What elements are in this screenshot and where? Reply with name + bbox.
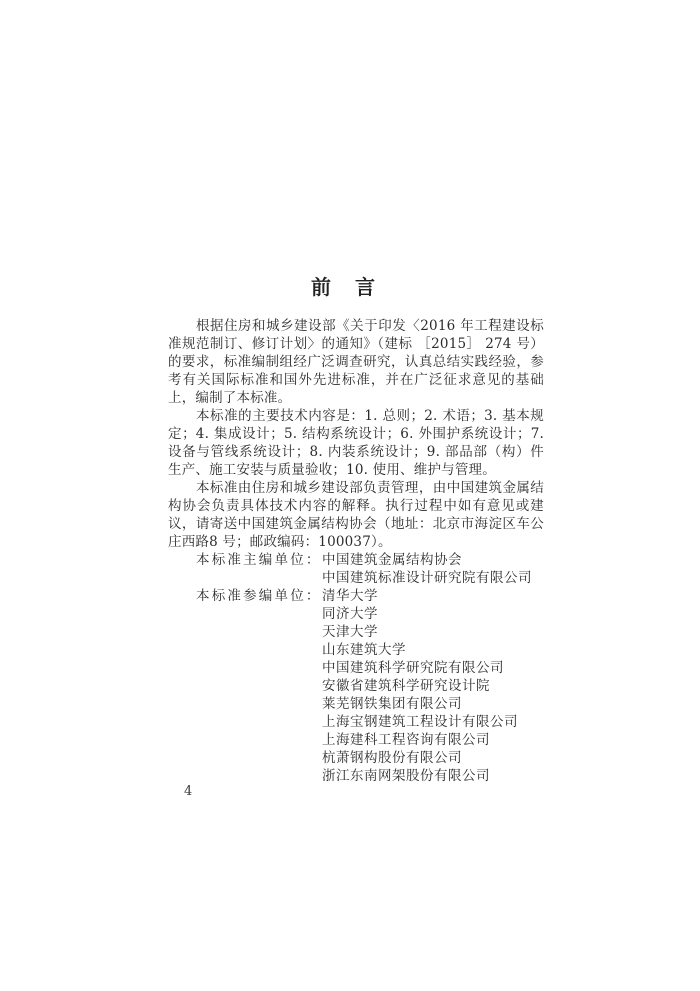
participating-unit: 清华大学 (322, 587, 544, 605)
participating-unit: 杭萧钢构股份有限公司 (322, 749, 544, 767)
chief-editor-units: 中国建筑金属结构协会中国建筑标准设计研究院有限公司 (322, 551, 544, 587)
participating-unit: 中国建筑科学研究院有限公司 (322, 659, 544, 677)
participating-unit: 山东建筑大学 (322, 641, 544, 659)
chief-editor-label: 本标准主编单位： (196, 551, 322, 569)
document-page: 前 言 根据住房和城乡建设部《关于印发〈2016 年工程建设标准规范制订、修订计… (0, 0, 700, 991)
chief-editor-unit: 中国建筑标准设计研究院有限公司 (322, 569, 544, 587)
participating-label: 本标准参编单位： (196, 587, 322, 605)
participating-unit: 上海宝钢建筑工程设计有限公司 (322, 713, 544, 731)
body-paragraph: 本标准由住房和城乡建设部负责管理，由中国建筑金属结构协会负责具体技术内容的解释。… (168, 479, 544, 551)
participating-unit: 浙江东南网架股份有限公司 (322, 767, 544, 785)
page-content: 前 言 根据住房和城乡建设部《关于印发〈2016 年工程建设标准规范制订、修订计… (168, 271, 544, 785)
participating-unit: 同济大学 (322, 605, 544, 623)
participating-unit: 莱芜钢铁集团有限公司 (322, 695, 544, 713)
body-paragraph: 根据住房和城乡建设部《关于印发〈2016 年工程建设标准规范制订、修订计划〉的通… (168, 317, 544, 407)
participating-unit: 天津大学 (322, 623, 544, 641)
page-number: 4 (184, 784, 192, 799)
body-paragraph: 本标准的主要技术内容是：1. 总则；2. 术语；3. 基本规定；4. 集成设计；… (168, 407, 544, 479)
participating-unit: 安徽省建筑科学研究设计院 (322, 677, 544, 695)
body-paragraphs: 根据住房和城乡建设部《关于印发〈2016 年工程建设标准规范制订、修订计划〉的通… (168, 317, 544, 551)
participating-row: 本标准参编单位： 清华大学同济大学天津大学山东建筑大学中国建筑科学研究院有限公司… (168, 587, 544, 785)
chief-editor-row: 本标准主编单位： 中国建筑金属结构协会中国建筑标准设计研究院有限公司 (168, 551, 544, 587)
participating-unit: 上海建科工程咨询有限公司 (322, 731, 544, 749)
chief-editor-unit: 中国建筑金属结构协会 (322, 551, 544, 569)
page-title: 前 言 (168, 271, 520, 300)
participating-units: 清华大学同济大学天津大学山东建筑大学中国建筑科学研究院有限公司安徽省建筑科学研究… (322, 587, 544, 785)
